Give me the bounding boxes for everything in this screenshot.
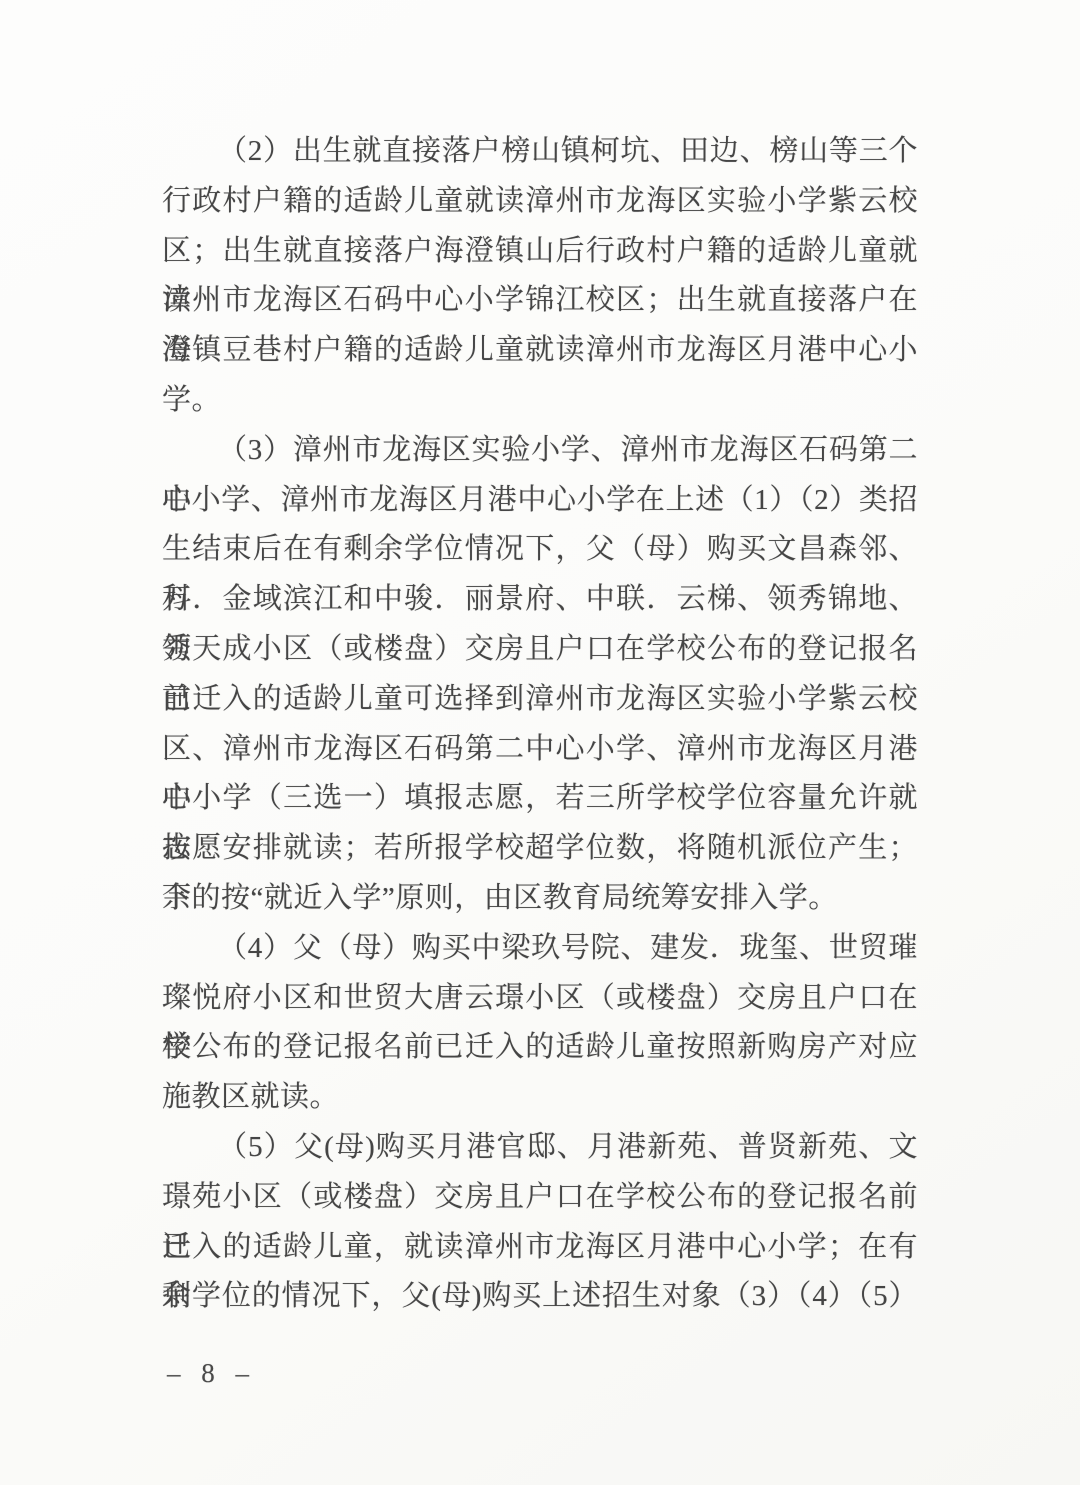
text-line: 漳州市龙海区石码中心小学锦江校区；出生就直接落户在海 [162,276,918,326]
text-line: 施教区就读。 [162,1073,918,1123]
text-line: 行政村户籍的适龄儿童就读漳州市龙海区实验小学紫云校 [162,177,918,227]
text-line: 区；出生就直接落户海澄镇山后行政村户籍的适龄儿童就读 [162,227,918,277]
document-body: （2）出生就直接落户榜山镇柯坑、田边、榜山等三个行政村户籍的适龄儿童就读漳州市龙… [162,127,918,1322]
text-line: 生结束后在有剩余学位情况下，父（母）购买文昌森邻、万 [162,525,918,575]
paragraph-item-2: （2）出生就直接落户榜山镇柯坑、田边、榜山等三个行政村户籍的适龄儿童就读漳州市龙… [162,127,918,426]
text-line: （2）出生就直接落户榜山镇柯坑、田边、榜山等三个 [162,127,918,177]
text-line: （5）父(母)购买月港官邸、月港新苑、普贤新苑、文 [162,1123,918,1173]
text-line: 区、漳州市龙海区石码第二中心小学、漳州市龙海区月港中 [162,725,918,775]
text-line: 下的按“就近入学”原则，由区教育局统筹安排入学。 [162,874,918,924]
text-line: 迁入的适龄儿童，就读漳州市龙海区月港中心小学；在有剩 [162,1223,918,1273]
text-line: 心小学（三选一）填报志愿，若三所学校学位容量允许就按 [162,774,918,824]
paragraph-item-3: （3）漳州市龙海区实验小学、漳州市龙海区石码第二中心小学、漳州市龙海区月港中心小… [162,426,918,924]
paragraph-item-4: （4）父（母）购买中梁玖号院、建发．珑玺、世贸璀璨悦府小区和世贸大唐云璟小区（或… [162,924,918,1123]
text-line: 心小学、漳州市龙海区月港中心小学在上述（1）（2）类招 [162,476,918,526]
text-line: 学。 [162,376,918,426]
text-line: 澄镇豆巷村户籍的适龄儿童就读漳州市龙海区月港中心小 [162,326,918,376]
text-line: 校公布的登记报名前已迁入的适龄儿童按照新购房产对应 [162,1023,918,1073]
text-line: （3）漳州市龙海区实验小学、漳州市龙海区石码第二中 [162,426,918,476]
paragraph-item-5: （5）父(母)购买月港官邸、月港新苑、普贤新苑、文璟苑小区（或楼盘）交房且户口在… [162,1123,918,1322]
text-line: 璨悦府小区和世贸大唐云璟小区（或楼盘）交房且户口在学 [162,974,918,1024]
text-line: 已迁入的适龄儿童可选择到漳州市龙海区实验小学紫云校 [162,675,918,725]
text-line: 秀天成小区（或楼盘）交房且户口在学校公布的登记报名前 [162,625,918,675]
text-line: 科．金域滨江和中骏．丽景府、中联．云梯、领秀锦地、领 [162,575,918,625]
text-line: 璟苑小区（或楼盘）交房且户口在学校公布的登记报名前已 [162,1173,918,1223]
text-line: 余学位的情况下，父(母)购买上述招生对象（3）（4）（5） [162,1272,918,1322]
page-number: – 8 – [167,1358,256,1389]
text-line: 志愿安排就读；若所报学校超学位数，将随机派位产生；余 [162,824,918,874]
scanned-document-page: （2）出生就直接落户榜山镇柯坑、田边、榜山等三个行政村户籍的适龄儿童就读漳州市龙… [0,0,1080,1485]
text-line: （4）父（母）购买中梁玖号院、建发．珑玺、世贸璀 [162,924,918,974]
